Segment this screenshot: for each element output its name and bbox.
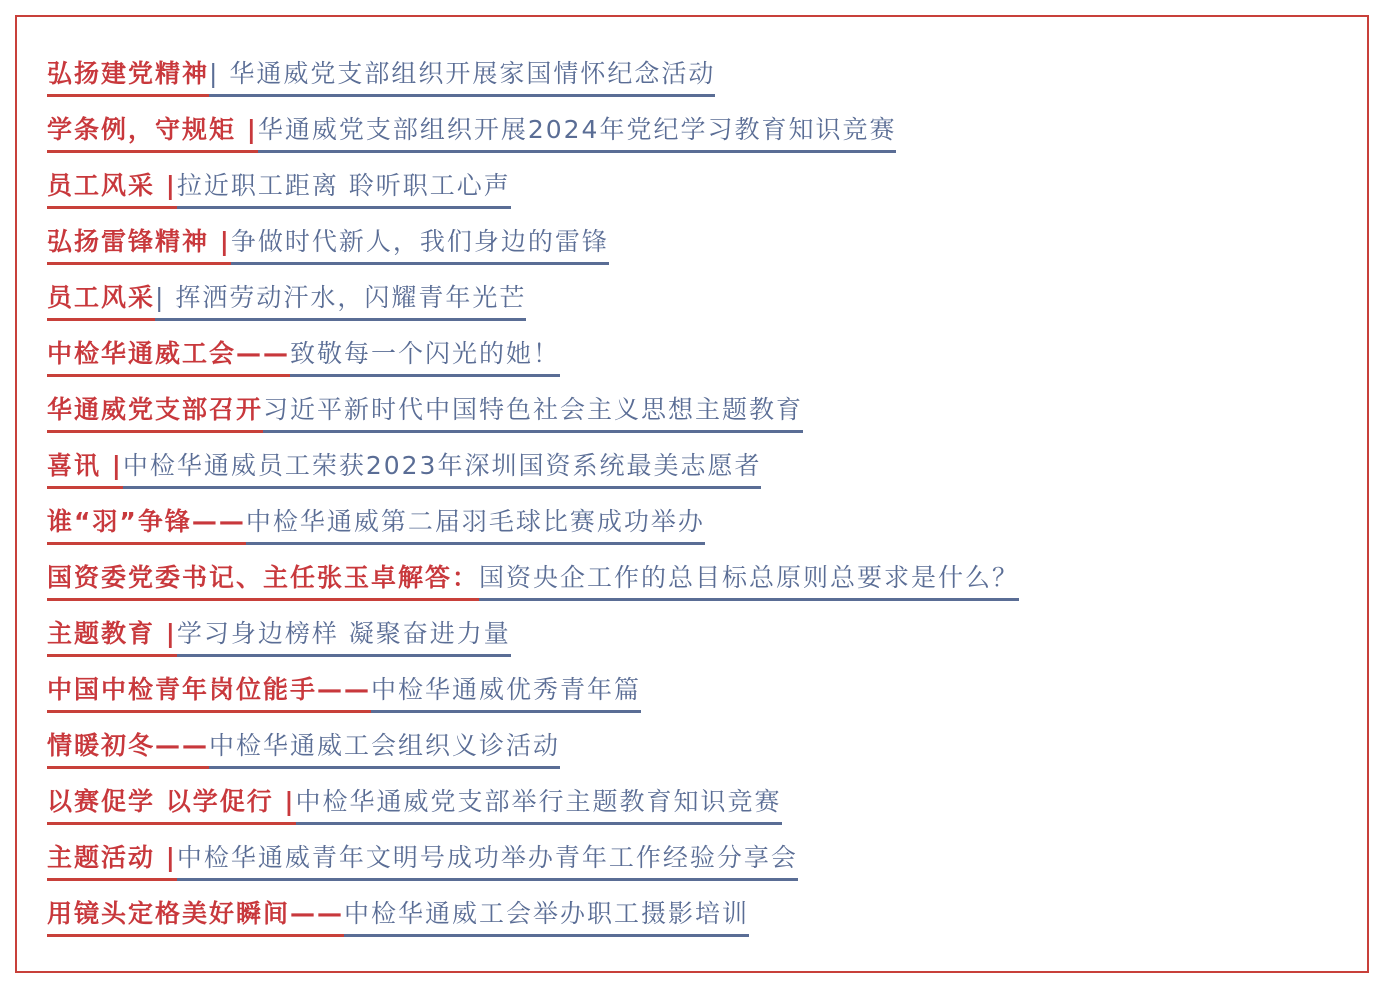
list-item: 喜讯 | 中检华通威员工荣获2023年深圳国资系统最美志愿者 bbox=[47, 448, 1019, 504]
article-headline: 主题活动 | bbox=[47, 840, 177, 881]
article-title: 争做时代新人，我们身边的雷锋 bbox=[231, 224, 609, 265]
article-title: 致敬每一个闪光的她！ bbox=[290, 336, 560, 377]
article-link[interactable]: 员工风采 | 挥洒劳动汗水，闪耀青年光芒 bbox=[47, 280, 526, 321]
article-title: 中检华通威优秀青年篇 bbox=[371, 672, 641, 713]
article-title: 华通威党支部组织开展2024年党纪学习教育知识竞赛 bbox=[258, 112, 897, 153]
article-headline: 弘扬建党精神 bbox=[47, 56, 209, 97]
list-item: 学条例，守规矩 | 华通威党支部组织开展2024年党纪学习教育知识竞赛 bbox=[47, 112, 1019, 168]
article-link[interactable]: 用镜头定格美好瞬间——中检华通威工会举办职工摄影培训 bbox=[47, 896, 749, 937]
list-item: 员工风采 | 拉近职工距离 聆听职工心声 bbox=[47, 168, 1019, 224]
list-item: 以赛促学 以学促行 | 中检华通威党支部举行主题教育知识竞赛 bbox=[47, 784, 1019, 840]
article-headline: 以赛促学 以学促行 | bbox=[47, 784, 296, 825]
article-title: 习近平新时代中国特色社会主义思想主题教育 bbox=[263, 392, 803, 433]
article-headline: 国资委党委书记、主任张玉卓解答： bbox=[47, 560, 479, 601]
article-title: 拉近职工距离 聆听职工心声 bbox=[177, 168, 511, 209]
article-title: 学习身边榜样 凝聚奋进力量 bbox=[177, 616, 511, 657]
list-item: 情暖初冬——中检华通威工会组织义诊活动 bbox=[47, 728, 1019, 784]
list-item: 谁“羽”争锋——中检华通威第二届羽毛球比赛成功举办 bbox=[47, 504, 1019, 560]
article-link[interactable]: 情暖初冬——中检华通威工会组织义诊活动 bbox=[47, 728, 560, 769]
article-headline: 谁“羽”争锋—— bbox=[47, 504, 246, 545]
article-link[interactable]: 中检华通威工会——致敬每一个闪光的她！ bbox=[47, 336, 560, 377]
article-headline: 中检华通威工会—— bbox=[47, 336, 290, 377]
article-link[interactable]: 主题教育 | 学习身边榜样 凝聚奋进力量 bbox=[47, 616, 511, 657]
article-title: 中检华通威青年文明号成功举办青年工作经验分享会 bbox=[177, 840, 798, 881]
article-title: 国资央企工作的总目标总原则总要求是什么？ bbox=[479, 560, 1019, 601]
article-list: 弘扬建党精神 | 华通威党支部组织开展家国情怀纪念活动 学条例，守规矩 | 华通… bbox=[47, 56, 1019, 952]
article-link[interactable]: 喜讯 | 中检华通威员工荣获2023年深圳国资系统最美志愿者 bbox=[47, 448, 761, 489]
article-headline: 员工风采 bbox=[47, 280, 155, 321]
article-headline: 主题教育 | bbox=[47, 616, 177, 657]
list-item: 主题活动 | 中检华通威青年文明号成功举办青年工作经验分享会 bbox=[47, 840, 1019, 896]
list-item: 用镜头定格美好瞬间——中检华通威工会举办职工摄影培训 bbox=[47, 896, 1019, 952]
list-item: 员工风采 | 挥洒劳动汗水，闪耀青年光芒 bbox=[47, 280, 1019, 336]
article-title: 中检华通威工会组织义诊活动 bbox=[209, 728, 560, 769]
article-headline: 喜讯 | bbox=[47, 448, 123, 489]
article-headline: 用镜头定格美好瞬间—— bbox=[47, 896, 344, 937]
list-item: 中检华通威工会——致敬每一个闪光的她！ bbox=[47, 336, 1019, 392]
list-item: 主题教育 | 学习身边榜样 凝聚奋进力量 bbox=[47, 616, 1019, 672]
article-link[interactable]: 员工风采 | 拉近职工距离 聆听职工心声 bbox=[47, 168, 511, 209]
article-headline: 学条例，守规矩 | bbox=[47, 112, 258, 153]
article-headline: 华通威党支部召开 bbox=[47, 392, 263, 433]
article-link[interactable]: 学条例，守规矩 | 华通威党支部组织开展2024年党纪学习教育知识竞赛 bbox=[47, 112, 896, 153]
article-link[interactable]: 国资委党委书记、主任张玉卓解答：国资央企工作的总目标总原则总要求是什么？ bbox=[47, 560, 1019, 601]
article-link[interactable]: 以赛促学 以学促行 | 中检华通威党支部举行主题教育知识竞赛 bbox=[47, 784, 782, 825]
list-item: 华通威党支部召开习近平新时代中国特色社会主义思想主题教育 bbox=[47, 392, 1019, 448]
article-link[interactable]: 弘扬雷锋精神 | 争做时代新人，我们身边的雷锋 bbox=[47, 224, 609, 265]
list-item: 中国中检青年岗位能手——中检华通威优秀青年篇 bbox=[47, 672, 1019, 728]
article-title: 中检华通威员工荣获2023年深圳国资系统最美志愿者 bbox=[123, 448, 762, 489]
article-headline: 弘扬雷锋精神 | bbox=[47, 224, 231, 265]
article-title: 中检华通威党支部举行主题教育知识竞赛 bbox=[296, 784, 782, 825]
article-headline: 情暖初冬—— bbox=[47, 728, 209, 769]
article-link[interactable]: 华通威党支部召开习近平新时代中国特色社会主义思想主题教育 bbox=[47, 392, 803, 433]
article-headline: 员工风采 | bbox=[47, 168, 177, 209]
list-item: 弘扬雷锋精神 | 争做时代新人，我们身边的雷锋 bbox=[47, 224, 1019, 280]
article-title: | 华通威党支部组织开展家国情怀纪念活动 bbox=[209, 56, 715, 97]
list-item: 弘扬建党精神 | 华通威党支部组织开展家国情怀纪念活动 bbox=[47, 56, 1019, 112]
list-item: 国资委党委书记、主任张玉卓解答：国资央企工作的总目标总原则总要求是什么？ bbox=[47, 560, 1019, 616]
article-title: | 挥洒劳动汗水，闪耀青年光芒 bbox=[155, 280, 526, 321]
article-link[interactable]: 主题活动 | 中检华通威青年文明号成功举办青年工作经验分享会 bbox=[47, 840, 798, 881]
article-headline: 中国中检青年岗位能手—— bbox=[47, 672, 371, 713]
article-title: 中检华通威第二届羽毛球比赛成功举办 bbox=[246, 504, 705, 545]
article-link[interactable]: 中国中检青年岗位能手——中检华通威优秀青年篇 bbox=[47, 672, 641, 713]
article-link[interactable]: 谁“羽”争锋——中检华通威第二届羽毛球比赛成功举办 bbox=[47, 504, 705, 545]
article-link[interactable]: 弘扬建党精神 | 华通威党支部组织开展家国情怀纪念活动 bbox=[47, 56, 715, 97]
article-title: 中检华通威工会举办职工摄影培训 bbox=[344, 896, 749, 937]
